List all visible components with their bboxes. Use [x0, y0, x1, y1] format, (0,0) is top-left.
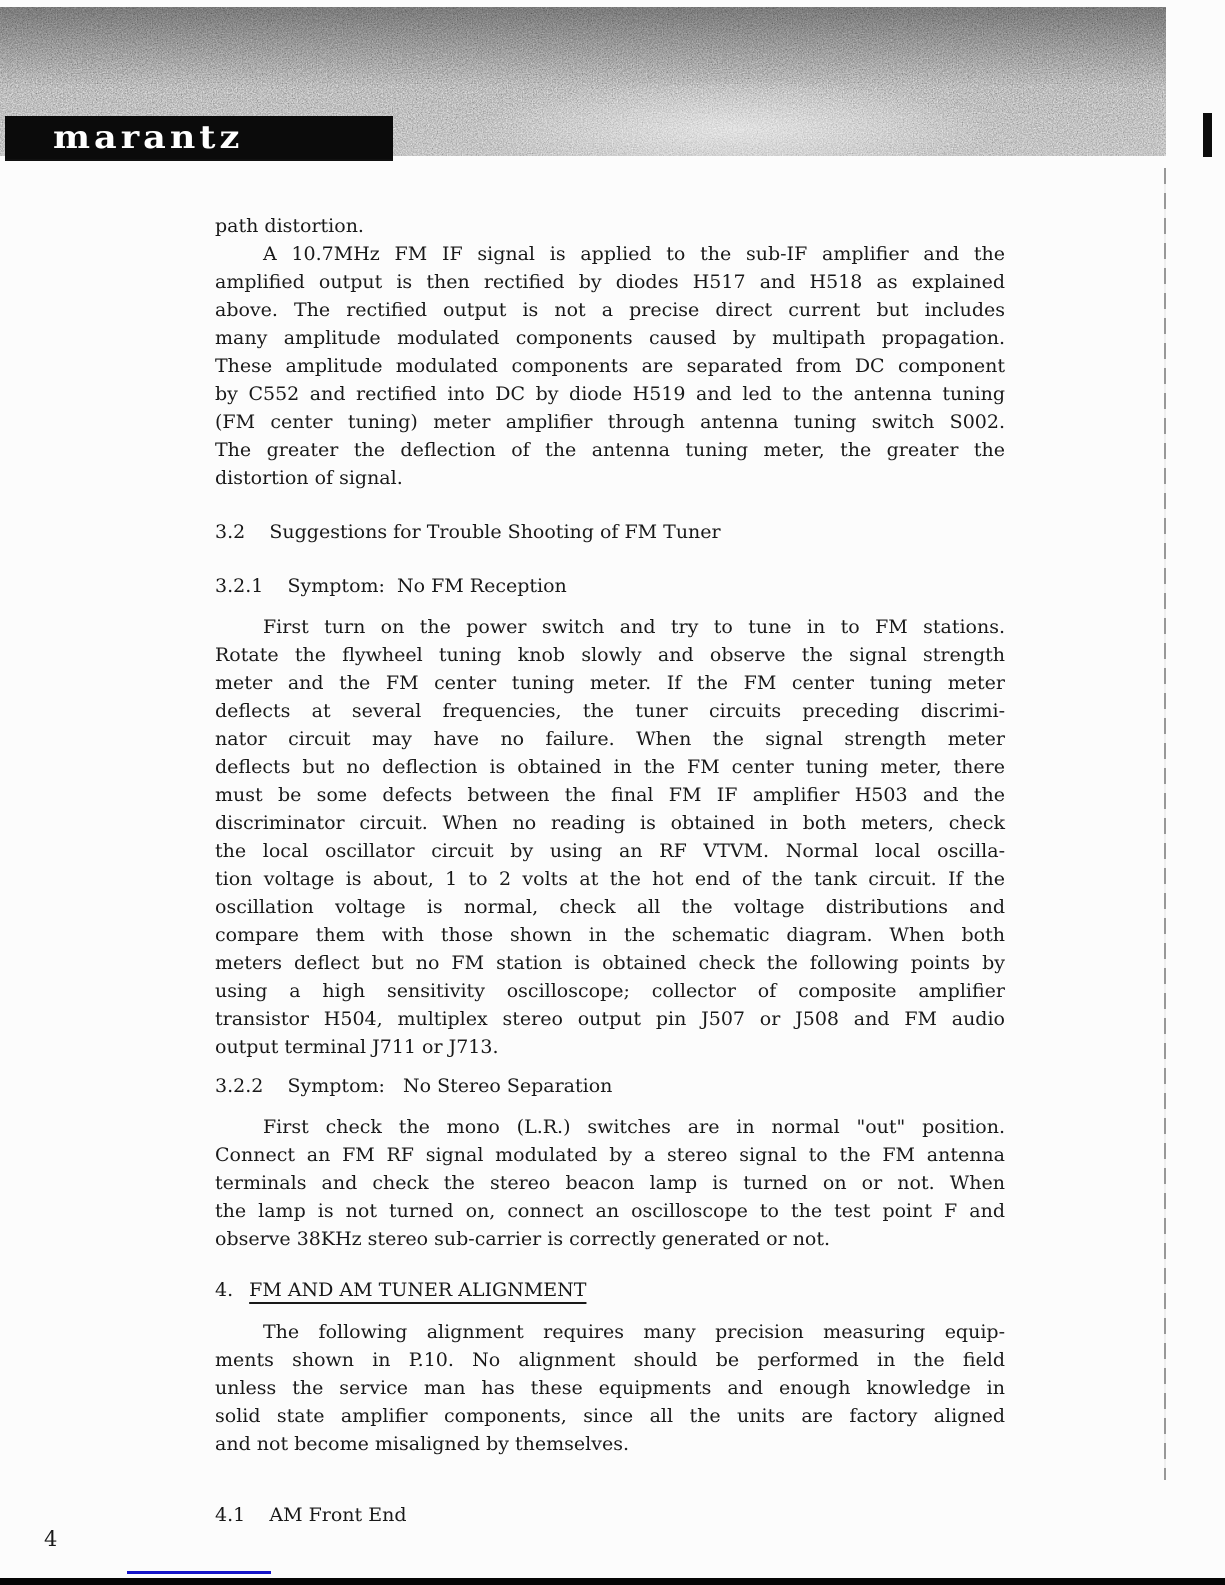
bottom-scan-bar — [0, 1578, 1225, 1585]
page-number: 4 — [44, 1527, 57, 1551]
section-4-title: FM AND AM TUNER ALIGNMENT — [249, 1279, 586, 1301]
text-line: These amplitude modulated components are… — [215, 352, 1005, 380]
text-line: tion voltage is about, 1 to 2 volts at t… — [215, 865, 1005, 893]
text-line: the local oscillator circuit by using an… — [215, 837, 1005, 865]
text-line: compare them with those shown in the sch… — [215, 921, 1005, 949]
text-line: The greater the deflection of the antenn… — [215, 436, 1005, 464]
text-line: First check the mono (L.R.) switches are… — [215, 1113, 1005, 1141]
text-line: transistor H504, multiplex stereo output… — [215, 1005, 1005, 1033]
footer-blue-line — [127, 1571, 271, 1574]
text-line: ments shown in P.10. No alignment should… — [215, 1346, 1005, 1374]
text-line: distortion of signal. — [215, 464, 1005, 492]
text-line: nator circuit may have no failure. When … — [215, 725, 1005, 753]
paragraph-no-fm-reception: First turn on the power switch and try t… — [215, 613, 1005, 1061]
right-edge-scan-mark — [1203, 113, 1212, 157]
text-line: (FM center tuning) meter amplifier throu… — [215, 408, 1005, 436]
text-line: must be some defects between the final F… — [215, 781, 1005, 809]
text-line: path distortion. — [215, 212, 1005, 240]
text-line: discriminator circuit. When no reading i… — [215, 809, 1005, 837]
paragraph-no-stereo-separation: First check the mono (L.R.) switches are… — [215, 1113, 1005, 1253]
text-line: by C552 and rectified into DC by diode H… — [215, 380, 1005, 408]
text-line: unless the service man has these equipme… — [215, 1374, 1005, 1402]
paragraph-multipath: A 10.7MHz FM IF signal is applied to the… — [215, 240, 1005, 492]
text-line: Rotate the flywheel tuning knob slowly a… — [215, 641, 1005, 669]
scanned-manual-page: marantz path distortion. A 10.7MHz FM IF… — [0, 0, 1225, 1585]
marantz-logo-text: marantz — [53, 121, 243, 153]
text-line: above. The rectified output is not a pre… — [215, 296, 1005, 324]
text-line: A 10.7MHz FM IF signal is applied to the… — [215, 240, 1005, 268]
content-column: path distortion. A 10.7MHz FM IF signal … — [215, 212, 1005, 1529]
section-heading-3-2-1: 3.2.1 Symptom: No FM Reception — [215, 572, 1005, 600]
text-line: observe 38KHz stereo sub-carrier is corr… — [215, 1225, 1005, 1253]
text-line: deflects but no deflection is obtained i… — [215, 753, 1005, 781]
section-heading-3-2: 3.2 Suggestions for Trouble Shooting of … — [215, 518, 1005, 546]
text-line: output terminal J711 or J713. — [215, 1033, 1005, 1061]
text-line: First turn on the power switch and try t… — [215, 613, 1005, 641]
text-line: meters deflect but no FM station is obta… — [215, 949, 1005, 977]
text-line: and not become misaligned by themselves. — [215, 1430, 1005, 1458]
section-heading-4-1: 4.1 AM Front End — [215, 1501, 1005, 1529]
text-line: many amplitude modulated components caus… — [215, 324, 1005, 352]
section-heading-3-2-2: 3.2.2 Symptom: No Stereo Separation — [215, 1072, 1005, 1100]
section-4-number: 4. — [215, 1279, 233, 1301]
text-line: the lamp is not turned on, connect an os… — [215, 1197, 1005, 1225]
text-line: terminals and check the stereo beacon la… — [215, 1169, 1005, 1197]
text-line: The following alignment requires many pr… — [215, 1318, 1005, 1346]
text-line: using a high sensitivity oscilloscope; c… — [215, 977, 1005, 1005]
text-line: meter and the FM center tuning meter. If… — [215, 669, 1005, 697]
paragraph-alignment-intro: The following alignment requires many pr… — [215, 1318, 1005, 1458]
text-line: solid state amplifier components, since … — [215, 1402, 1005, 1430]
marantz-logo-bar: marantz — [5, 116, 393, 161]
text-line: deflects at several frequencies, the tun… — [215, 697, 1005, 725]
section-heading-4: 4.FM AND AM TUNER ALIGNMENT — [215, 1276, 1005, 1304]
paragraph-intro-fragment: path distortion. — [215, 212, 1005, 240]
text-line: amplified output is then rectified by di… — [215, 268, 1005, 296]
text-line: Connect an FM RF signal modulated by a s… — [215, 1141, 1005, 1169]
right-margin-scan-line — [1164, 168, 1166, 1480]
text-line: oscillation voltage is normal, check all… — [215, 893, 1005, 921]
